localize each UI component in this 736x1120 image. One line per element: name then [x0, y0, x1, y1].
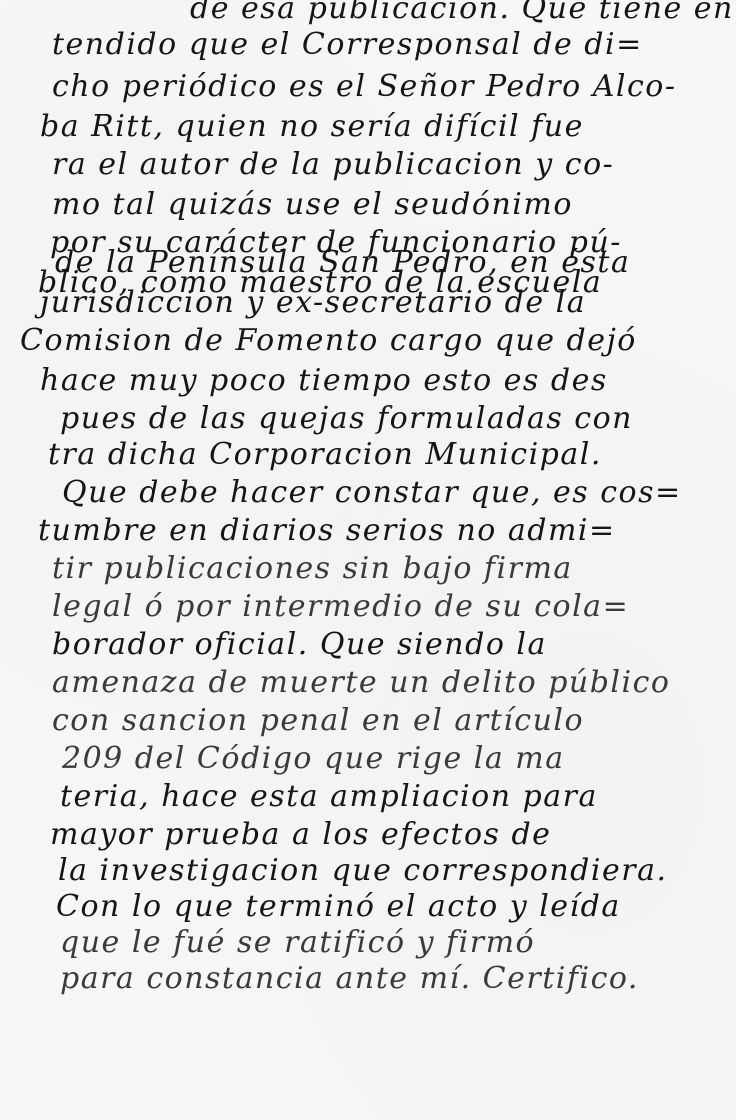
manuscript-line: mayor prueba a los efectos de — [50, 820, 551, 850]
manuscript-line: 209 del Código que rige la ma — [62, 744, 565, 774]
manuscript-line: borador oficial. Que siendo la — [52, 630, 547, 660]
manuscript-line: para constancia ante mí. Certifico. — [60, 964, 639, 994]
manuscript-line: mo tal quizás use el seudónimo — [52, 190, 573, 220]
manuscript-line: cho periódico es el Señor Pedro Alco- — [52, 72, 677, 102]
manuscript-line: que le fué se ratificó y firmó — [60, 928, 535, 958]
manuscript-line: tumbre en diarios serios no admi= — [38, 516, 616, 546]
manuscript-line: hace muy poco tiempo esto es des — [40, 366, 608, 396]
manuscript-line: con sancion penal en el artículo — [52, 706, 584, 736]
manuscript-line: jurisdiccion y ex-secretario de la — [40, 288, 586, 318]
manuscript-line: Comision de Fomento cargo que dejó — [20, 326, 637, 356]
manuscript-line: Con lo que terminó el acto y leída — [56, 892, 621, 922]
manuscript-line: Que debe hacer constar que, es cos= — [62, 478, 682, 508]
manuscript-page: de esa publicacion. Que tiene en tendido… — [0, 0, 736, 1120]
manuscript-line: pues de las quejas formuladas con — [60, 404, 633, 434]
manuscript-line: tra dicha Corporacion Municipal. — [48, 440, 602, 470]
manuscript-line: teria, hace esta ampliacion para — [60, 782, 598, 812]
manuscript-line: tendido que el Corresponsal de di= — [52, 30, 643, 60]
manuscript-line: amenaza de muerte un delito público — [52, 668, 671, 698]
manuscript-line: tir publicaciones sin bajo firma — [52, 554, 573, 584]
manuscript-line: ba Ritt, quien no sería difícil fue — [40, 112, 584, 142]
manuscript-line: de esa publicacion. Que tiene en — [190, 0, 734, 24]
manuscript-line: de la Península San Pedro, en ésta — [55, 248, 630, 278]
manuscript-line: legal ó por intermedio de su cola= — [52, 592, 629, 622]
manuscript-line: ra el autor de la publicacion y co- — [52, 150, 614, 180]
manuscript-line: la investigacion que correspondiera. — [58, 856, 668, 886]
